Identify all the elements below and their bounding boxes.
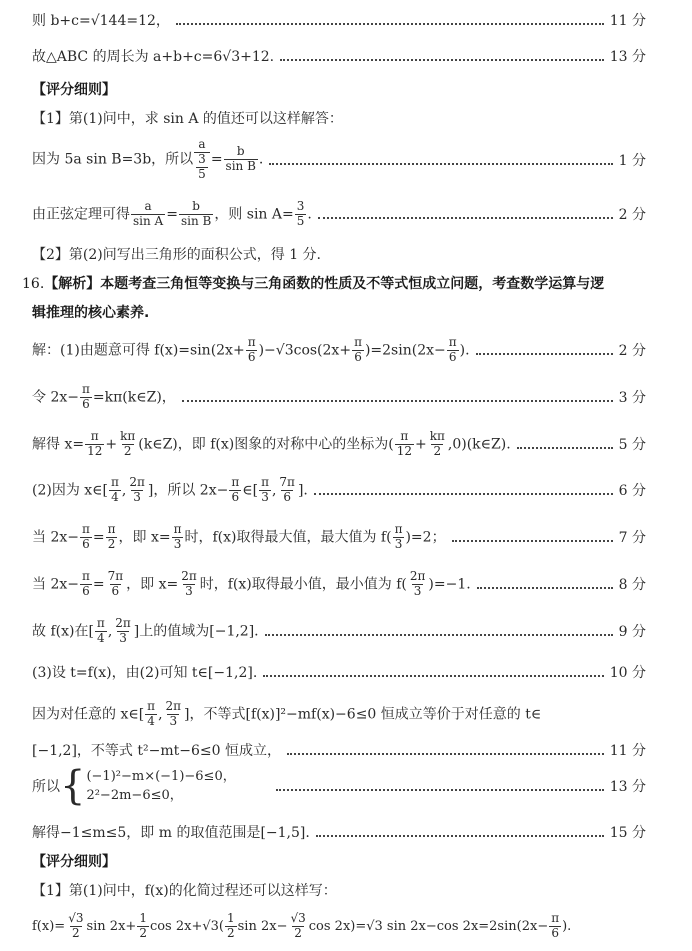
solution-line: 当 2x−π6=7π6，即 x=2π3时，f(x)取得最小值，最小值为 f(2π… [32,570,646,599]
fraction: 2π3 [179,570,199,599]
score-label: 9 分 [619,621,646,641]
text-segment: )=2； [405,529,445,545]
fraction: bsin B [179,200,213,229]
text-segment: 时，f(x)取得最小值，最小值为 f( [200,576,407,592]
line-text: 因为 5a sin B=3b，所以a35=bsin B. [32,138,263,181]
score-label: 5 分 [619,434,646,454]
fraction: 7π6 [277,476,297,505]
inequality-system: 所以 { (−1)²−m×(−1)−6≤0， 2²−2m−6≤0， [32,766,236,806]
denominator: 2 [292,926,304,941]
denominator: 6 [352,350,364,365]
score-label: 13 分 [610,776,646,796]
text-segment: (2)因为 x∈[ [32,482,108,498]
fraction: π2 [106,523,118,552]
line-text: 解得 x=π12+kπ2(k∈Z)，即 f(x)图象的对称中心的坐标为(π12+… [32,430,511,459]
fraction: 2π3 [127,476,147,505]
dot-leader [176,21,604,25]
text-segment: 令 2x− [32,389,79,405]
denominator: sin B [179,214,213,229]
denominator: 6 [80,397,92,412]
solution-line: 故 f(x)在[π4,2π3]上的值域为[−1,2]. 9 分 [32,617,646,646]
numerator: a [196,138,207,152]
denominator: 6 [110,584,122,599]
denominator: 2 [431,444,443,459]
fraction: π4 [95,617,107,646]
numerator: b [235,145,247,159]
numerator: π [259,476,271,490]
line-text: 16.【解析】本题考查三角恒等变换与三角函数的性质及不等式恒成立问题，考查数学运… [22,273,604,293]
score-label: 15 分 [610,822,646,842]
solution-line: 解：(1)由题意可得 f(x)=sin(2x+π6)−√3cos(2x+π6)=… [32,336,646,365]
line-text: 【1】第(1)问中，f(x)的化简过程还可以这样写： [32,880,337,900]
line-text: 当 2x−π6=7π6，即 x=2π3时，f(x)取得最小值，最小值为 f(2π… [32,570,471,599]
text-segment: (k∈Z)，即 f(x)图象的对称中心的坐标为( [138,436,393,452]
denominator: 3 [393,537,405,552]
denominator: 3 [117,631,129,646]
score-label: 10 分 [610,662,646,682]
line-text: 故 f(x)在[π4,2π3]上的值域为[−1,2]. [32,617,259,646]
denominator: 3 [172,537,184,552]
numerator: 2π [164,700,184,714]
numerator: 7π [106,570,126,584]
system-row: (−1)²−m×(−1)−6≤0， [86,767,235,787]
solution-line: (2)因为 x∈[π4,2π3]，所以 2x−π6∈[π3,7π6]. 6 分 [32,476,646,505]
denominator: 6 [80,537,92,552]
fraction: π6 [447,336,459,365]
dot-leader [263,673,603,677]
solution-line: 则 b+c=√144=12， 11 分 [32,10,646,30]
denominator: 3 [131,490,143,505]
numerator: 2π [127,476,147,490]
analysis-label: 【解析】 [44,276,100,292]
line-text: 解：(1)由题意可得 f(x)=sin(2x+π6)−√3cos(2x+π6)=… [32,336,470,365]
fraction: asin A [131,200,165,229]
dot-leader [182,398,613,402]
dot-leader [477,585,613,589]
dot-leader [287,751,604,755]
denominator: 2 [137,926,149,941]
text-segment: ，即 x= [119,529,171,545]
denominator: 12 [395,444,414,459]
numerator: 2π [408,570,428,584]
text-segment: 解得 x= [32,436,84,452]
equals: = [93,576,105,592]
text-segment: sin 2x+ [86,919,136,934]
numerator: π [80,570,92,584]
denominator: 3 [259,490,271,505]
denominator: 4 [145,714,157,729]
denominator: 12 [85,444,104,459]
note-line: 【1】第(1)问中，f(x)的化简过程还可以这样写： [32,880,646,900]
text-segment: 由正弦定理可得 [32,206,130,222]
score-label: 2 分 [619,340,646,360]
denominator: sin B [224,159,258,174]
line-text: 【1】第(1)问中，求 sin A 的值还可以这样解答： [32,108,343,128]
text-segment: f(x)= [32,919,65,934]
fraction: π6 [229,476,241,505]
fraction: π3 [172,523,184,552]
text-segment: ,0)(k∈Z). [448,436,511,452]
dot-leader [318,215,613,219]
text-segment: 解：(1)由题意可得 f(x)=sin(2x+ [32,342,245,358]
score-label: 6 分 [619,480,646,500]
dot-leader [314,491,613,495]
solution-line: 因为 5a sin B=3b，所以a35=bsin B. 1 分 [32,138,646,181]
heading-text: 【评分细则】 [32,79,116,99]
denominator: 3 [167,714,179,729]
question-number: 16. [22,276,44,292]
solution-line: [−1,2]，不等式 t²−mt−6≤0 恒成立， 11 分 [32,740,646,760]
grading-details-heading: 【评分细则】 [32,79,646,99]
text-segment: 因为对任意的 x∈[ [32,706,144,722]
text-segment: 时，f(x)取得最大值，最大值为 f( [184,529,391,545]
line-text: [−1,2]，不等式 t²−mt−6≤0 恒成立， [32,740,281,760]
fraction: 35 [295,200,307,229]
numerator: π [145,700,157,714]
line-text: 解得−1≤m≤5，即 m 的取值范围是[−1,5]. [32,822,310,842]
score-label: 13 分 [610,46,646,66]
text-segment: 本题考查三角恒等变换与三角函数的性质及不等式恒成立问题，考查数学运算与逻 [100,276,604,292]
numerator: 1 [137,912,149,926]
left-brace: { [60,766,85,806]
question-16-analysis-cont: 辑推理的核心素养. [32,302,646,322]
fraction: π12 [395,430,414,459]
note-line: 【2】第(2)问写出三角形的面积公式，得 1 分. [32,244,646,264]
line-text: 辑推理的核心素养. [32,302,149,322]
fraction: π6 [80,383,92,412]
denominator: 6 [281,490,293,505]
note-line: 【1】第(1)问中，求 sin A 的值还可以这样解答： [32,108,646,128]
formula-line: f(x)=√32sin 2x+12cos 2x+√3(12sin 2x−√32c… [32,912,672,941]
numerator: π [95,617,107,631]
numerator: π [109,476,121,490]
numerator: 2π [179,570,199,584]
score-label: 2 分 [619,204,646,224]
denominator: 2 [122,444,134,459]
fraction: 12 [137,912,149,941]
text-segment: cos 2x+√3( [150,919,224,934]
denominator: sin A [131,214,165,229]
fraction: π6 [352,336,364,365]
numerator: π [80,523,92,537]
grading-details-heading: 【评分细则】 [32,851,646,871]
solution-line: 故△ABC 的周长为 a+b+c=6√3+12. 13 分 [32,46,646,66]
denominator: 4 [95,631,107,646]
dot-leader [280,57,604,61]
denominator: 6 [80,584,92,599]
score-label: 1 分 [619,150,646,170]
text-segment: ∈[ [242,482,258,498]
numerator: a [143,200,154,214]
numerator: π [89,430,101,444]
score-label: 7 分 [619,527,646,547]
fraction: √32 [66,912,85,941]
solution-line: 解得−1≤m≤5，即 m 的取值范围是[−1,5]. 15 分 [32,822,646,842]
solution-line: 所以 { (−1)²−m×(−1)−6≤0， 2²−2m−6≤0， 13 分 [32,766,646,806]
numerator: 1 [225,912,237,926]
denominator: 6 [549,926,561,941]
fraction: π6 [80,523,92,552]
dot-leader [452,538,613,542]
fraction: √32 [288,912,307,941]
fraction: bsin B [224,145,258,174]
fraction: kπ2 [118,430,137,459]
equals: = [166,206,178,222]
line-text: 则 b+c=√144=12， [32,10,170,30]
dot-leader [265,632,613,636]
fraction: π6 [80,570,92,599]
denominator: 6 [229,490,241,505]
text-segment: + [105,436,117,452]
heading-text: 【评分细则】 [32,851,116,871]
system-row: 2²−2m−6≤0， [86,786,235,806]
fraction: π6 [246,336,258,365]
numerator: kπ [118,430,137,444]
line-text: 由正弦定理可得asin A=bsin B，则 sin A=35. [32,200,312,229]
numerator: π [549,912,561,926]
solution-line: 由正弦定理可得asin A=bsin B，则 sin A=35. 2 分 [32,200,646,229]
denominator: 2 [225,926,237,941]
denominator: 4 [109,490,121,505]
dot-leader [316,833,604,837]
line-text: 故△ABC 的周长为 a+b+c=6√3+12. [32,46,274,66]
line-text: 【2】第(2)问写出三角形的面积公式，得 1 分. [32,244,321,264]
fraction: 2π3 [408,570,428,599]
text-segment: 当 2x− [32,529,79,545]
line-text: f(x)=√32sin 2x+12cos 2x+√3(12sin 2x−√32c… [32,912,571,941]
equals: = [211,152,223,168]
denominator-num: 3 [198,153,206,167]
fraction: a35 [194,138,210,181]
text-segment: 因为 5a sin B=3b，所以 [32,152,193,168]
numerator: π [352,336,364,350]
line-text: (2)因为 x∈[π4,2π3]，所以 2x−π6∈[π3,7π6]. [32,476,308,505]
numerator: 2π [113,617,133,631]
score-label: 11 分 [610,740,646,760]
denominator: 5 [295,214,307,229]
numerator: π [393,523,405,537]
score-label: 8 分 [619,574,646,594]
fraction: π4 [109,476,121,505]
denominator-den: 5 [196,167,208,182]
dot-leader [476,351,613,355]
fraction: 12 [225,912,237,941]
numerator: √3 [66,912,85,926]
line-text: (3)设 t=f(x)，由(2)可知 t∈[−1,2]. [32,662,257,682]
text-segment: )=−1. [428,576,470,592]
text-segment: ]，所以 2x− [148,482,228,498]
solution-line: 当 2x−π6=π2，即 x=π3时，f(x)取得最大值，最大值为 f(π3)=… [32,523,646,552]
text-segment: . [259,152,263,168]
denominator: 2 [106,537,118,552]
fraction: π3 [259,476,271,505]
numerator: π [172,523,184,537]
text-segment: 故 f(x)在[ [32,623,94,639]
line-text: 令 2x−π6=kπ(k∈Z)， [32,383,176,412]
text-segment: ]，不等式[f(x)]²−mf(x)−6≤0 恒成立等价于对任意的 t∈ [184,706,541,722]
fraction: 7π6 [106,570,126,599]
text-segment: ). [562,919,571,934]
fraction: π6 [549,912,561,941]
line-text: 当 2x−π6=π2，即 x=π3时，f(x)取得最大值，最大值为 f(π3)=… [32,523,446,552]
numerator: 7π [277,476,297,490]
numerator: √3 [288,912,307,926]
numerator: π [229,476,241,490]
fraction: π4 [145,700,157,729]
text-segment: ). [460,342,470,358]
text-segment: ]. [298,482,308,498]
solution-line: 因为对任意的 x∈[π4,2π3]，不等式[f(x)]²−mf(x)−6≤0 恒… [32,700,646,729]
numerator: b [190,200,202,214]
solution-line: 解得 x=π12+kπ2(k∈Z)，即 f(x)图象的对称中心的坐标为(π12+… [32,430,646,459]
text-segment: =kπ(k∈Z)， [93,389,176,405]
numerator: π [246,336,258,350]
denominator: 6 [447,350,459,365]
fraction: 2π3 [164,700,184,729]
fraction: kπ2 [428,430,447,459]
numerator: π [80,383,92,397]
fraction: 2π3 [113,617,133,646]
denominator: 6 [246,350,258,365]
numerator: π [398,430,410,444]
text-segment: + [415,436,427,452]
equals: = [93,529,105,545]
solution-line: (3)设 t=f(x)，由(2)可知 t∈[−1,2]. 10 分 [32,662,646,682]
question-16-analysis: 16.【解析】本题考查三角恒等变换与三角函数的性质及不等式恒成立问题，考查数学运… [22,273,646,293]
text-segment: . [307,206,311,222]
denominator: 3 [183,584,195,599]
dot-leader [276,787,604,791]
text-segment: ，则 sin A= [214,206,293,222]
numerator: 3 [295,200,307,214]
numerator: π [447,336,459,350]
text-segment: )−√3cos(2x+ [259,342,351,358]
text-segment: 所以 [32,776,60,796]
numerator: π [106,523,118,537]
numerator: kπ [428,430,447,444]
denominator: 2 [70,926,82,941]
text-segment: )=2sin(2x− [365,342,446,358]
line-text: 因为对任意的 x∈[π4,2π3]，不等式[f(x)]²−mf(x)−6≤0 恒… [32,700,541,729]
solution-line: 令 2x−π6=kπ(k∈Z)， 3 分 [32,383,646,412]
denominator: 3 [412,584,424,599]
fraction: π3 [393,523,405,552]
text-segment: cos 2x)=√3 sin 2x−cos 2x=2sin(2x− [309,919,548,934]
dot-leader [517,445,613,449]
text-segment: ]上的值域为[−1,2]. [134,623,259,639]
score-label: 11 分 [610,10,646,30]
text-segment: 当 2x− [32,576,79,592]
score-label: 3 分 [619,387,646,407]
text-segment: sin 2x− [238,919,288,934]
text-segment: ，即 x= [126,576,178,592]
dot-leader [269,161,612,165]
fraction: π12 [85,430,104,459]
